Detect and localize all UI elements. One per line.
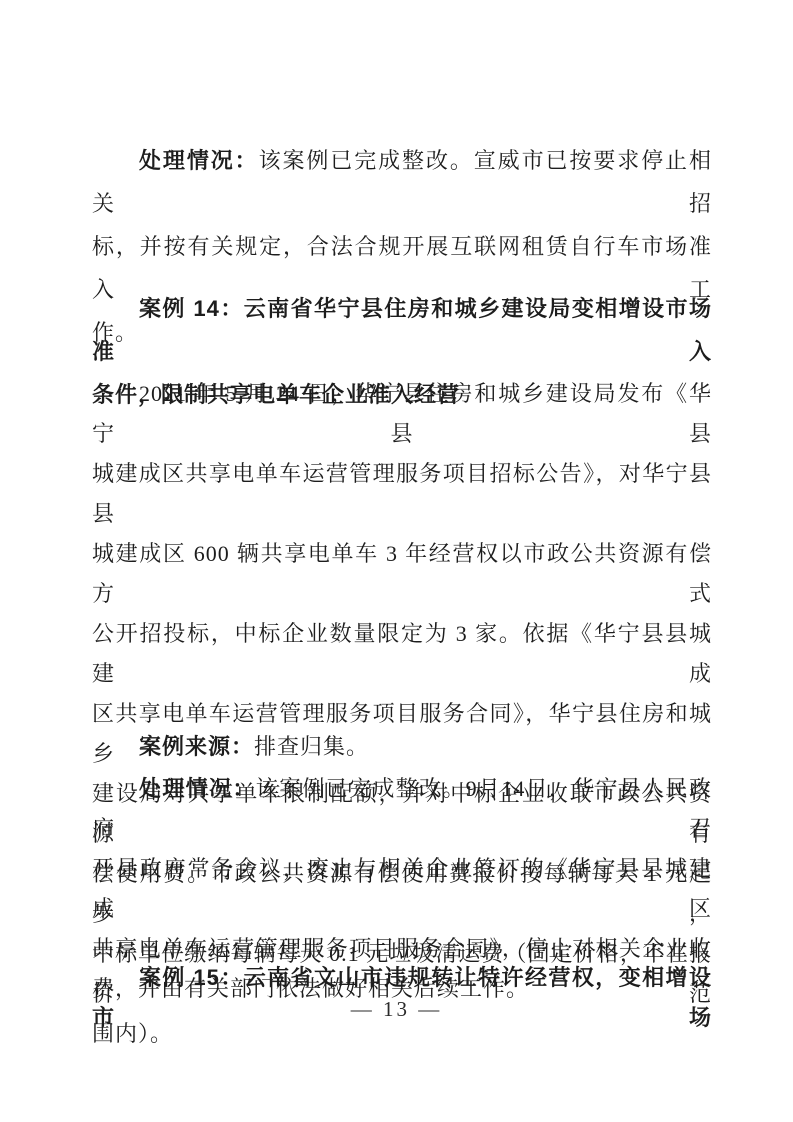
page-footer: — 13 — xyxy=(0,997,793,1022)
paragraph-line: 案例来源：排查归集。 xyxy=(92,727,712,767)
paragraph-line: 2021 年 5 月 24 日，华宁县住房和城乡建设局发布《华宁县县 xyxy=(92,374,712,454)
paragraph-line: 城建成区 600 辆共享电单车 3 年经营权以市政公共资源有偿方式 xyxy=(92,534,712,614)
paragraph-line: 开县政府常务会议，废止与相关企业签订的《华宁县县城建成区 xyxy=(92,849,712,929)
paragraph-text: 排查归集。 xyxy=(254,734,369,759)
heading-line: 案例 14：云南省华宁县住房和城乡建设局变相增设市场准入 xyxy=(92,287,712,373)
document-page: 处理情况：该案例已完成整改。宣威市已按要求停止相关招 标，并按有关规定，合法合规… xyxy=(0,0,793,1122)
paragraph-line: 城建成区共享电单车运营管理服务项目招标公告》，对华宁县县 xyxy=(92,454,712,534)
paragraph-line: 公开招投标，中标企业数量限定为 3 家。依据《华宁县县城建成 xyxy=(92,614,712,694)
paragraph-line: 处理情况：该案例已完成整改。宣威市已按要求停止相关招 xyxy=(92,139,712,225)
page-number: — 13 — xyxy=(351,997,443,1021)
paragraph-line: 处理情况：该案例已完成整改。9月14日，华宁县人民政府召 xyxy=(92,769,712,849)
case14-source-paragraph: 案例来源：排查归集。 xyxy=(92,727,712,767)
source-label: 案例来源： xyxy=(139,734,254,759)
handling-label: 处理情况： xyxy=(139,776,256,801)
handling-label: 处理情况： xyxy=(139,148,259,173)
